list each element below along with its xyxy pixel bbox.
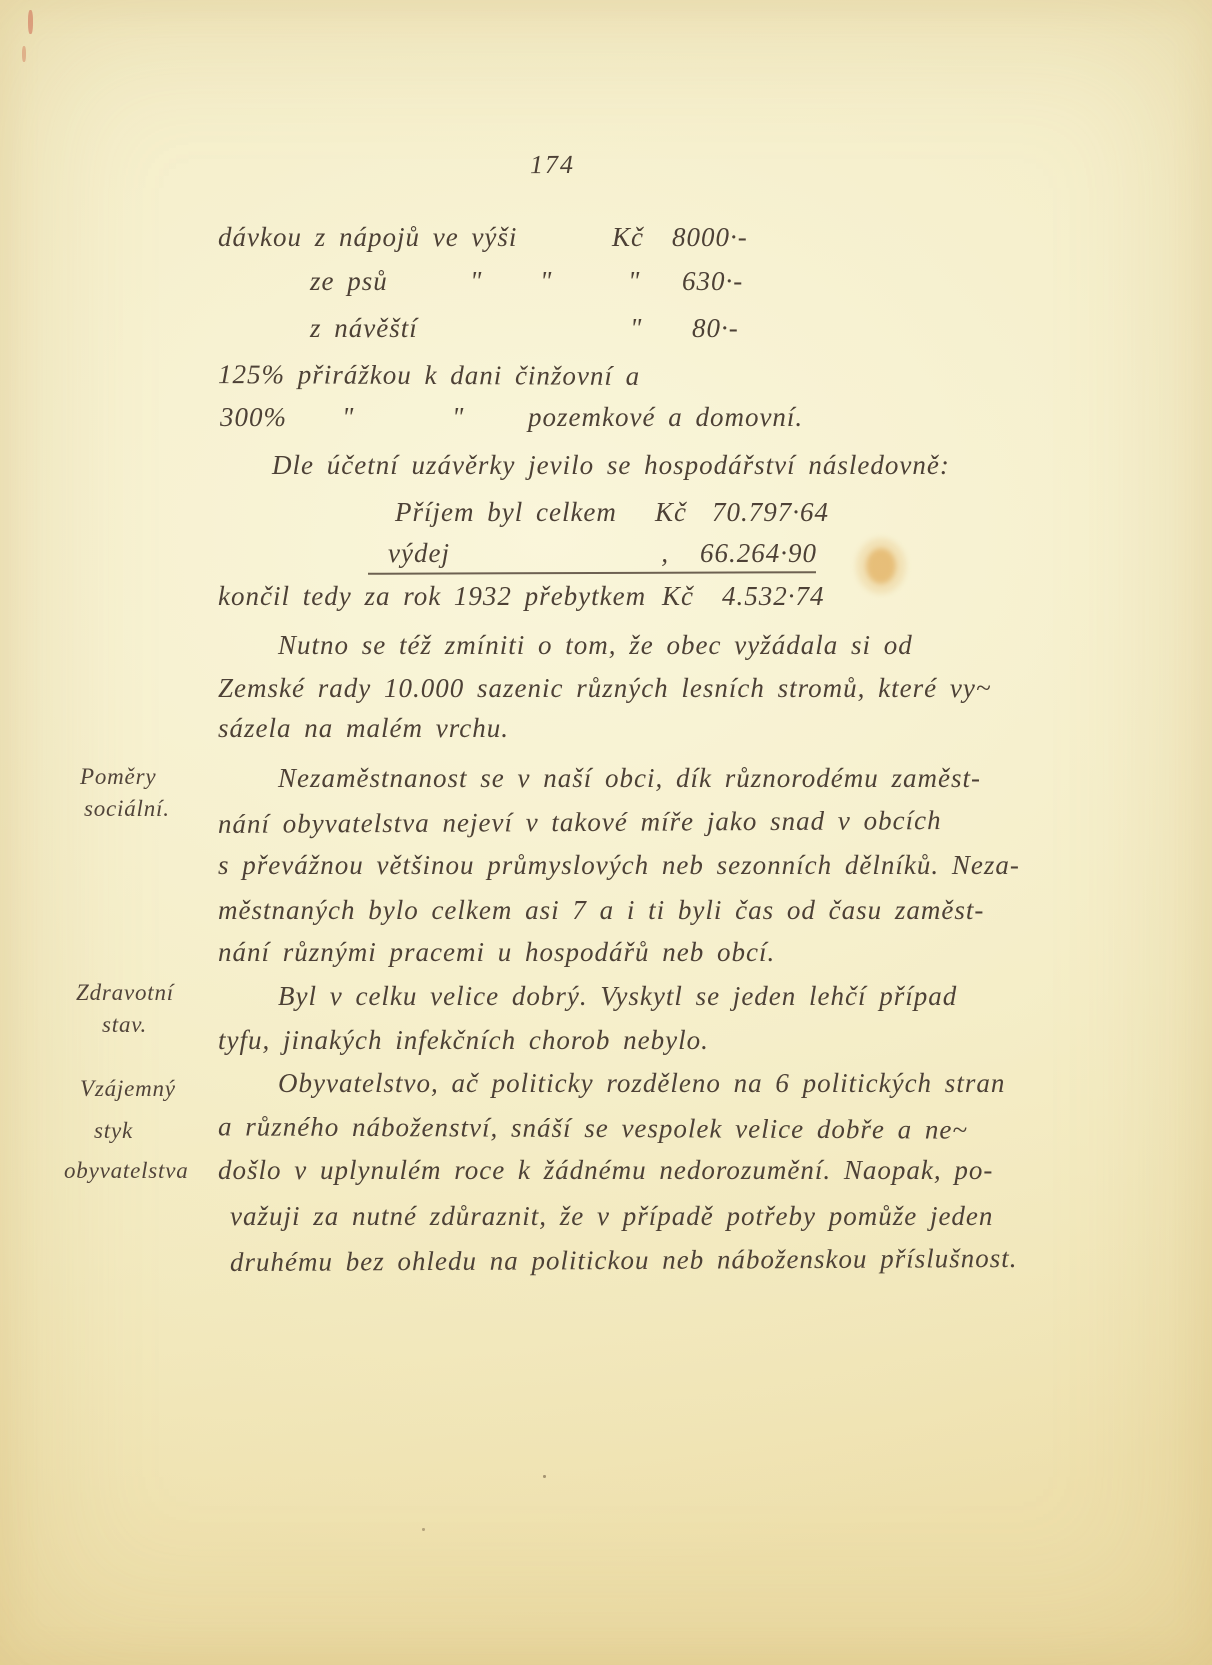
ditto-mark: ‚: [660, 533, 670, 573]
ditto-mark: ": [540, 261, 552, 301]
margin-note-health: stav.: [102, 1012, 147, 1038]
ditto-mark: ": [630, 308, 642, 348]
paper-speck: [422, 1528, 425, 1531]
levy-amount: 8000·-: [672, 217, 748, 257]
paper-speck: [28, 10, 33, 34]
levy-item: ze psů: [310, 261, 388, 301]
sum-underline: [368, 571, 816, 575]
result-amount: 4.532·74: [722, 576, 825, 616]
margin-note-social: Poměry: [80, 764, 156, 790]
currency-label: Kč: [655, 492, 687, 532]
body-line: Byl v celku velice dobrý. Vyskytl se jed…: [278, 976, 957, 1016]
ditto-mark: ": [342, 397, 354, 437]
body-line: došlo v uplynulém roce k žádnému nedoroz…: [218, 1150, 993, 1190]
expense-amount: 66.264·90: [700, 533, 817, 573]
body-line: Nezaměstnanost se v naší obci, dík různo…: [278, 758, 981, 798]
income-amount: 70.797·64: [712, 492, 829, 532]
margin-note-health: Zdravotní: [76, 980, 174, 1006]
margin-note-social: sociální.: [84, 796, 170, 822]
levy-item: z návěští: [310, 308, 418, 348]
ditto-mark: ": [470, 261, 482, 301]
body-line: Zemské rady 10.000 sazenic různých lesní…: [218, 668, 991, 708]
margin-note-relations: Vzájemný: [80, 1076, 176, 1102]
body-line: městnaných bylo celkem asi 7 a i ti byli…: [218, 890, 984, 930]
levy-amount: 630·-: [682, 261, 743, 301]
body-line: Nutno se též zmíniti o tom, že obec vyžá…: [278, 625, 913, 665]
surtax-line-1: 125% přirážkou k dani činžovní a: [218, 354, 640, 396]
surtax-percent: 300%: [220, 397, 287, 437]
body-line: važuji za nutné zdůraznit, že v případě …: [230, 1196, 993, 1236]
body-line: nání obyvatelstva nejeví v takové míře j…: [218, 800, 942, 844]
margin-note-relations: styk: [94, 1118, 133, 1144]
income-label: Příjem byl celkem: [395, 492, 617, 532]
ditto-mark: ": [628, 261, 640, 301]
page-number: 174: [530, 145, 575, 185]
currency-label: Kč: [612, 217, 644, 257]
paper-speck: [22, 46, 26, 62]
paper-speck: [543, 1475, 546, 1478]
body-line: druhému bez ohledu na politickou neb náb…: [230, 1238, 1018, 1282]
accounting-intro: Dle účetní uzávěrky jevilo se hospodářst…: [272, 445, 950, 485]
body-line: tyfu, jinakých infekčních chorob nebylo.: [218, 1020, 709, 1060]
body-line: a různého náboženství, snáší se vespolek…: [218, 1106, 968, 1149]
currency-label: Kč: [662, 576, 694, 616]
surtax-text: pozemkové a domovní.: [528, 397, 803, 437]
expense-label: výdej: [388, 533, 450, 573]
levy-amount: 80·-: [692, 308, 739, 348]
body-line: sázela na malém vrchu.: [218, 708, 509, 748]
body-line: Obyvatelstvo, ač politicky rozděleno na …: [278, 1063, 1005, 1103]
margin-note-relations: obyvatelstva: [64, 1158, 189, 1184]
body-line: s převážnou většinou průmyslových neb se…: [218, 845, 1020, 885]
body-line: nání různými pracemi u hospodářů neb obc…: [218, 932, 775, 972]
result-text: končil tedy za rok 1932 přebytkem: [218, 576, 646, 616]
paper-stain-halo: [856, 538, 906, 594]
levy-item: dávkou z nápojů ve výši: [218, 217, 517, 257]
chronicle-page: 174 dávkou z nápojů ve výši Kč 8000·- ze…: [0, 0, 1212, 1665]
ditto-mark: ": [452, 397, 464, 437]
